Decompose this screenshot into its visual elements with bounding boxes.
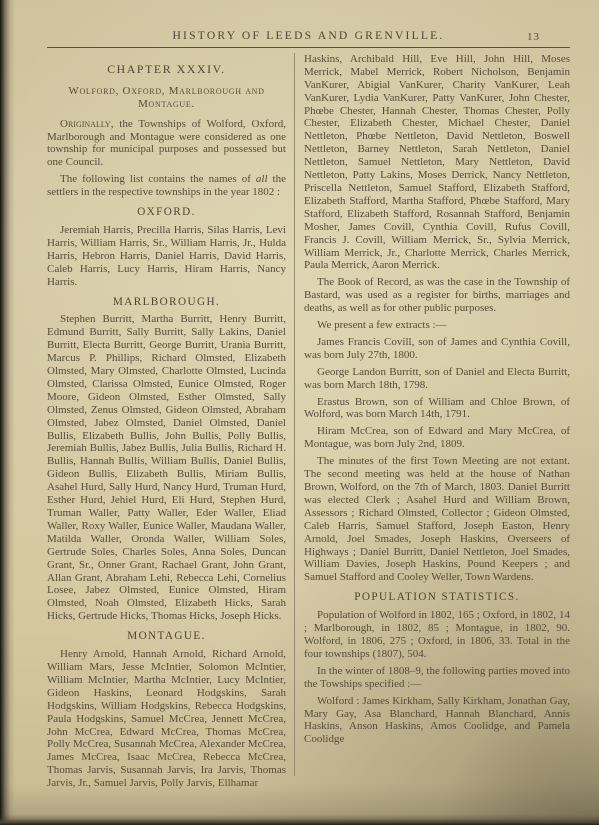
page-number: 13 [527,31,540,44]
town-meeting-paragraph: The minutes of the first Town Meeting ar… [304,455,570,584]
page-header: HISTORY OF LEEDS AND GRENVILLE. 13 [47,30,570,43]
intro-paragraph: Originally, the Townships of Wolford, Ox… [47,118,286,170]
extract-covill: James Francis Covill, son of James and C… [304,336,570,362]
book-of-record-paragraph: The Book of Record, as was the case in t… [304,276,570,315]
oxford-heading: OXFORD. [47,206,286,219]
running-title: HISTORY OF LEEDS AND GRENVILLE. [47,30,570,43]
note-text-a: The following list contains the names of [60,173,256,185]
marlborough-heading: MARLBOROUGH. [47,296,286,309]
right-column: Haskins, Archibald Hill, Eve Hill, John … [295,53,570,794]
marlborough-settlers-list: Stephen Burritt, Martha Burritt, Henry B… [47,313,286,623]
page-bottom-edge [0,814,599,825]
book-page: HISTORY OF LEEDS AND GRENVILLE. 13 CHAPT… [0,0,599,825]
chapter-heading: CHAPTER XXXIV. [47,63,286,76]
montague-settlers-list: Henry Arnold, Hannah Arnold, Richard Arn… [47,648,286,790]
note-italic-word: all [256,173,268,185]
population-paragraph: Population of Wolford in 1802, 165 ; Oxf… [304,609,570,661]
left-column: CHAPTER XXXIV. Wolford, Oxford, Marlboro… [47,53,294,794]
page-body: CHAPTER XXXIV. Wolford, Oxford, Marlboro… [47,53,570,794]
extracts-intro: We present a few extracts :— [304,319,570,332]
montague-list-continuation: Haskins, Archibald Hill, Eve Hill, John … [304,53,570,272]
wolford-arrivals-paragraph: Wolford : James Kirkham, Sally Kirkham, … [304,695,570,747]
oxford-settlers-list: Jeremiah Harris, Precilla Harris, Silas … [47,224,286,289]
extract-mccrea: Hiram McCrea, son of Edward and Mary McC… [304,425,570,451]
winter-migration-paragraph: In the winter of 1808–9, the following p… [304,665,570,691]
page-gutter-shadow [0,0,15,825]
population-statistics-heading: POPULATION STATISTICS. [304,591,570,604]
chapter-subtitle: Wolford, Oxford, Marlborough and Montagu… [47,85,286,111]
extract-brown: Erastus Brown, son of William and Chloe … [304,396,570,422]
header-rule [47,47,570,48]
intro-lead-word: Originally, [60,118,113,130]
montague-heading: MONTAGUE. [47,630,286,643]
extract-burritt: George Landon Burritt, son of Daniel and… [304,366,570,392]
settlers-list-note: The following list contains the names of… [47,173,286,199]
